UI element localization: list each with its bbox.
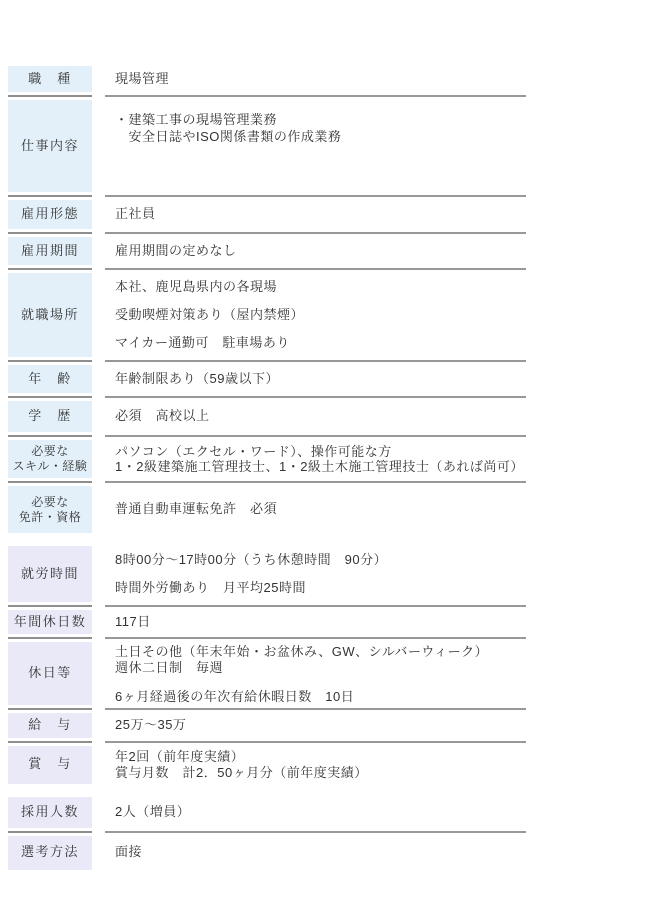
column-gutter [92, 483, 105, 536]
row-employment-type: 雇用形態 正社員 [8, 197, 526, 234]
label-annual-holidays: 年間休日数 [8, 607, 92, 639]
row-bonus: 賞 与 年2回（前年度実績） 賞与月数 計2．50ヶ月分（前年度実績） [8, 743, 526, 787]
value-holidays: 土日その他（年末年始・お盆休み、GW、シルバーウィーク） 週休二日制 毎週 6ヶ… [105, 639, 526, 710]
row-holidays: 休日等 土日その他（年末年始・お盆休み、GW、シルバーウィーク） 週休二日制 毎… [8, 639, 526, 710]
value-job-description: ・建築工事の現場管理業務 安全日誌やISO関係書類の作成業務 [105, 97, 526, 197]
row-required-licenses: 必要な 免許・資格 普通自動車運転免許 必須 [8, 483, 526, 536]
value-age: 年齢制限あり（59歳以下） [105, 362, 526, 398]
column-gutter [92, 710, 105, 743]
label-required-skills: 必要な スキル・経験 [8, 437, 92, 483]
value-required-skills: パソコン（エクセル・ワード）、操作可能な方 1・2級建築施工管理技士、1・2級土… [105, 437, 526, 483]
row-hires-count: 採用人数 2人（増員） [8, 794, 526, 833]
label-salary: 給 与 [8, 710, 92, 743]
value-annual-holidays: 117日 [105, 607, 526, 639]
row-selection-method: 選考方法 面接 [8, 833, 526, 873]
label-bonus: 賞 与 [8, 743, 92, 787]
label-education: 学 歴 [8, 398, 92, 437]
label-job-description: 仕事内容 [8, 97, 92, 197]
label-employment-period: 雇用期間 [8, 234, 92, 270]
column-gutter [92, 270, 105, 362]
value-bonus: 年2回（前年度実績） 賞与月数 計2．50ヶ月分（前年度実績） [105, 743, 526, 787]
column-gutter [92, 794, 105, 833]
value-working-hours: 8時00分～17時00分（うち休憩時間 90分） 時間外労働あり 月平均25時間 [105, 543, 526, 607]
row-working-hours: 就労時間 8時00分～17時00分（うち休憩時間 90分） 時間外労働あり 月平… [8, 543, 526, 607]
value-salary: 25万～35万 [105, 710, 526, 743]
value-employment-period: 雇用期間の定めなし [105, 234, 526, 270]
label-employment-type: 雇用形態 [8, 197, 92, 234]
job-posting-table: 職 種 現場管理 仕事内容 ・建築工事の現場管理業務 安全日誌やISO関係書類の… [8, 63, 526, 873]
column-gutter [92, 63, 105, 97]
column-gutter [92, 362, 105, 398]
label-job-type: 職 種 [8, 63, 92, 97]
value-selection-method: 面接 [105, 833, 526, 873]
value-education: 必須 高校以上 [105, 398, 526, 437]
row-annual-holidays: 年間休日数 117日 [8, 607, 526, 639]
value-hires-count: 2人（増員） [105, 794, 526, 833]
value-employment-type: 正社員 [105, 197, 526, 234]
row-age: 年 齢 年齢制限あり（59歳以下） [8, 362, 526, 398]
column-gutter [92, 234, 105, 270]
column-gutter [92, 543, 105, 607]
label-age: 年 齢 [8, 362, 92, 398]
row-employment-period: 雇用期間 雇用期間の定めなし [8, 234, 526, 270]
value-job-type: 現場管理 [105, 63, 526, 97]
label-holidays: 休日等 [8, 639, 92, 710]
column-gutter [92, 833, 105, 873]
column-gutter [92, 639, 105, 710]
column-gutter [92, 743, 105, 787]
row-salary: 給 与 25万～35万 [8, 710, 526, 743]
row-job-description: 仕事内容 ・建築工事の現場管理業務 安全日誌やISO関係書類の作成業務 [8, 97, 526, 197]
label-working-hours: 就労時間 [8, 543, 92, 607]
row-job-type: 職 種 現場管理 [8, 63, 526, 97]
column-gutter [92, 398, 105, 437]
label-work-location: 就職場所 [8, 270, 92, 362]
value-work-location: 本社、鹿児島県内の各現場 受動喫煙対策あり（屋内禁煙） マイカー通勤可 駐車場あ… [105, 270, 526, 362]
label-required-licenses: 必要な 免許・資格 [8, 483, 92, 536]
value-required-licenses: 普通自動車運転免許 必須 [105, 483, 526, 536]
row-education: 学 歴 必須 高校以上 [8, 398, 526, 437]
row-work-location: 就職場所 本社、鹿児島県内の各現場 受動喫煙対策あり（屋内禁煙） マイカー通勤可… [8, 270, 526, 362]
column-gutter [92, 607, 105, 639]
column-gutter [92, 437, 105, 483]
column-gutter [92, 197, 105, 234]
label-hires-count: 採用人数 [8, 794, 92, 833]
column-gutter [92, 97, 105, 197]
label-selection-method: 選考方法 [8, 833, 92, 873]
row-required-skills: 必要な スキル・経験 パソコン（エクセル・ワード）、操作可能な方 1・2級建築施… [8, 437, 526, 483]
